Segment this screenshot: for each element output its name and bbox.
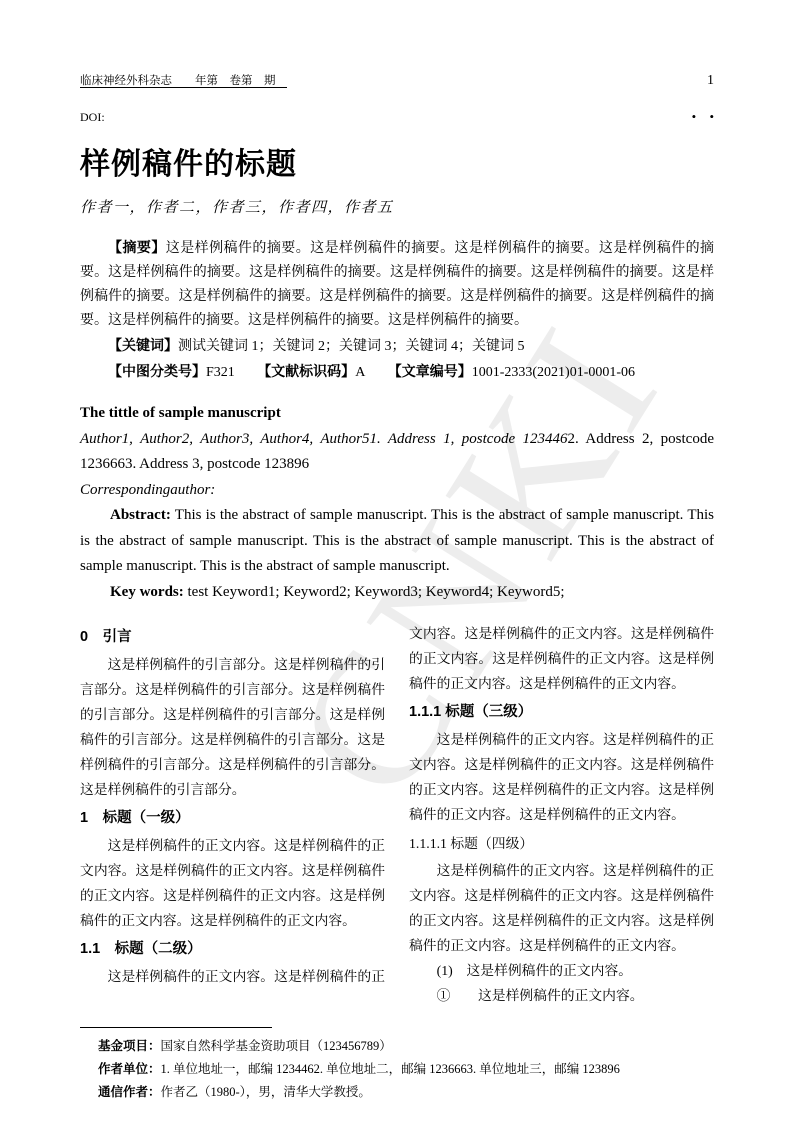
- journal-title-line: 临床神经外科杂志 年第 卷第 期: [80, 72, 287, 88]
- page-content: 临床神经外科杂志 年第 卷第 期 1 DOI: • • 样例稿件的标题 作者一，…: [0, 0, 794, 1104]
- footnote-separator: [80, 1027, 272, 1028]
- section-1-1-1-paragraph: 这是样例稿件的正文内容。这是样例稿件的正文内容。这是样例稿件的正文内容。这是样例…: [409, 727, 714, 827]
- heading-1-1-1: 1.1.1 标题（三级）: [409, 700, 714, 725]
- english-block: The tittle of sample manuscript Author1,…: [80, 401, 714, 605]
- document-page: CNKI 临床神经外科杂志 年第 卷第 期 1 DOI: • • 样例稿件的标题…: [0, 0, 794, 1123]
- section-1-paragraph: 这是样例稿件的正文内容。这是样例稿件的正文内容。这是样例稿件的正文内容。这是样例…: [80, 833, 385, 933]
- keywords-line-en: Key words: test Keyword1; Keyword2; Keyw…: [80, 580, 714, 606]
- authors-en: Author1, Author2, Author3, Author4, Auth…: [80, 427, 714, 478]
- corresponding-author-text: 作者乙（1980-），男，清华大学教授。: [161, 1085, 371, 1099]
- abstract-paragraph-en: Abstract: This is the abstract of sample…: [80, 503, 714, 580]
- corresponding-author-line: Correspondingauthor:: [80, 478, 714, 504]
- fund-project-label: 基金项目：: [98, 1039, 161, 1053]
- abstract-paragraph-cn: 【摘要】这是样例稿件的摘要。这是样例稿件的摘要。这是样例稿件的摘要。这是样例稿件…: [80, 235, 714, 333]
- article-id-value: 1001-2333(2021)01-0001-06: [472, 365, 635, 380]
- abstract-text-en: This is the abstract of sample manuscrip…: [80, 507, 714, 574]
- authors-cn: 作者一，作者二，作者三，作者四，作者五: [80, 196, 714, 217]
- keywords-text-en: test Keyword1; Keyword2; Keyword3; Keywo…: [188, 584, 565, 600]
- abstract-label-en: Abstract:: [110, 507, 171, 523]
- section-1-1-1-1-paragraph: 这是样例稿件的正文内容。这是样例稿件的正文内容。这是样例稿件的正文内容。这是样例…: [409, 858, 714, 958]
- abstract-text-cn: 这是样例稿件的摘要。这是样例稿件的摘要。这是样例稿件的摘要。这是样例稿件的摘要。…: [80, 241, 714, 328]
- article-id-label: 【文章编号】: [388, 363, 472, 379]
- corresponding-author-label: 通信作者：: [98, 1085, 161, 1099]
- page-header: 临床神经外科杂志 年第 卷第 期 1: [80, 72, 714, 89]
- article-title-en: The tittle of sample manuscript: [80, 401, 714, 427]
- keywords-line-cn: 【关键词】测试关键词 1；关键词 2；关键词 3；关键词 4；关键词 5: [80, 333, 714, 359]
- chinese-abstract-block: 【摘要】这是样例稿件的摘要。这是样例稿件的摘要。这是样例稿件的摘要。这是样例稿件…: [80, 235, 714, 385]
- two-column-body: 0 引言 这是样例稿件的引言部分。这是样例稿件的引言部分。这是样例稿件的引言部分…: [80, 621, 714, 1011]
- doc-code-label: 【文献标识码】: [257, 363, 355, 379]
- fund-project-text: 国家自然科学基金资助项目（123456789）: [161, 1039, 392, 1053]
- author-affiliation-text: 1. 单位地址一，邮编 1234462. 单位地址二，邮编 1236663. 单…: [161, 1062, 620, 1076]
- doc-code-value: A: [355, 365, 365, 380]
- keywords-label-en: Key words:: [110, 584, 184, 600]
- keywords-text-cn: 测试关键词 1；关键词 2；关键词 3；关键词 4；关键词 5: [178, 339, 525, 354]
- intro-paragraph: 这是样例稿件的引言部分。这是样例稿件的引言部分。这是样例稿件的引言部分。这是样例…: [80, 652, 385, 802]
- numbered-list-item: (1) 这是样例稿件的正文内容。: [409, 958, 714, 983]
- doi-row: DOI: • •: [80, 109, 714, 125]
- circled-list-item: ① 这是样例稿件的正文内容。: [409, 983, 714, 1008]
- footnote-fund-project: 基金项目：国家自然科学基金资助项目（123456789）: [80, 1035, 714, 1058]
- author-affiliation-label: 作者单位：: [98, 1062, 161, 1076]
- heading-1-1: 1.1 标题（二级）: [80, 937, 385, 962]
- abstract-label-cn: 【摘要】: [108, 239, 166, 255]
- page-number: 1: [707, 73, 714, 89]
- doi-label: DOI:: [80, 110, 105, 125]
- article-title-cn: 样例稿件的标题: [80, 139, 714, 183]
- clc-label: 【中图分类号】: [108, 363, 206, 379]
- heading-1-1-1-1: 1.1.1.1 标题（四级）: [409, 831, 714, 856]
- footnote-corresponding-author: 通信作者：作者乙（1980-），男，清华大学教授。: [80, 1081, 714, 1104]
- authors-en-italic: Author1, Author2, Author3, Author4, Auth…: [80, 431, 568, 447]
- classification-line: 【中图分类号】F321【文献标识码】A【文章编号】1001-2333(2021)…: [80, 359, 714, 385]
- keywords-label-cn: 【关键词】: [108, 337, 178, 353]
- footnote-block: 基金项目：国家自然科学基金资助项目（123456789） 作者单位：1. 单位地…: [80, 1027, 714, 1104]
- clc-value: F321: [206, 365, 235, 380]
- heading-1: 1 标题（一级）: [80, 806, 385, 831]
- footnote-author-affiliation: 作者单位：1. 单位地址一，邮编 1234462. 单位地址二，邮编 12366…: [80, 1058, 714, 1081]
- page-marker-dots: • •: [692, 109, 714, 125]
- heading-0-intro: 0 引言: [80, 625, 385, 650]
